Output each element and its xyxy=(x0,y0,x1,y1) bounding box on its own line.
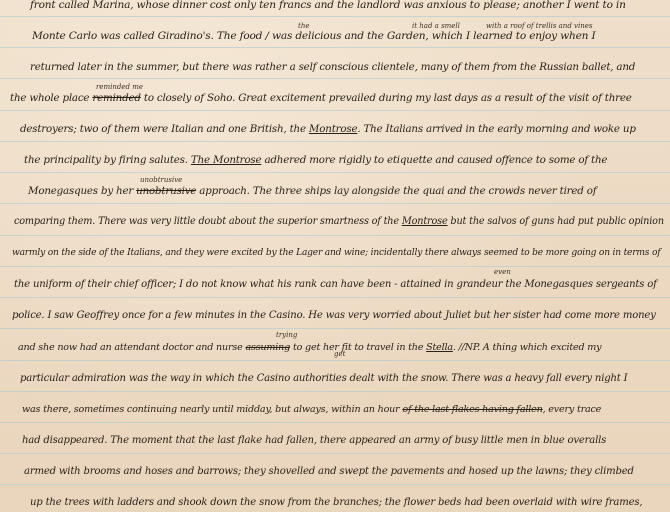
new-paragraph-mark: //NP. xyxy=(459,342,480,353)
manuscript-line: particular admiration was the way in whi… xyxy=(20,373,627,384)
ruling-line xyxy=(0,203,670,204)
manuscript-line: police. I saw Geoffrey once for a few mi… xyxy=(12,310,656,321)
line-text: destroyers; two of them were Italian and… xyxy=(20,123,306,135)
line-text: to closely of Soho. Great excitement pre… xyxy=(144,92,632,104)
ruling-line xyxy=(0,453,670,454)
interlinear-insertion: reminded me xyxy=(96,83,143,91)
ruling-line xyxy=(0,47,670,48)
manuscript-line: warmly on the side of the Italians, and … xyxy=(12,248,660,258)
line-text: . xyxy=(453,342,456,353)
line-text: comparing them. There was very little do… xyxy=(14,216,399,227)
manuscript-line: Monte Carlo was called Giradino's. The f… xyxy=(32,30,595,42)
manuscript-line: the whole place reminded to closely of S… xyxy=(10,92,632,104)
line-text: police. I saw Geoffrey once for a few mi… xyxy=(12,310,656,321)
interlinear-insertion: trying xyxy=(276,331,297,339)
ruling-line xyxy=(0,78,670,79)
ruling-line xyxy=(0,328,670,329)
manuscript-line: the uniform of their chief officer; I do… xyxy=(14,279,657,290)
ship-name-stella: Stella xyxy=(426,342,453,353)
line-text: , every trace xyxy=(543,404,602,415)
manuscript-line: destroyers; two of them were Italian and… xyxy=(20,123,636,135)
manuscript-line: returned later in the summer, but there … xyxy=(30,61,635,73)
manuscript-line: armed with brooms and hoses and barrows;… xyxy=(24,466,634,477)
line-text: the uniform of their chief officer; I do… xyxy=(14,279,657,290)
ruling-line xyxy=(0,391,670,392)
ruling-line xyxy=(0,110,670,111)
line-text: was there, sometimes continuing nearly u… xyxy=(22,404,400,415)
line-text: had disappeared. The moment that the las… xyxy=(22,435,606,446)
line-text: to get her fit to travel in the xyxy=(293,342,423,353)
struck-text: assuming xyxy=(245,342,290,353)
line-text: Monegasques by her xyxy=(28,185,133,197)
manuscript-line: and she now had an attendant doctor and … xyxy=(18,342,601,353)
ship-name-montrose: The Montrose xyxy=(191,154,261,166)
line-text: front called Marina, whose dinner cost o… xyxy=(30,0,626,11)
line-text: approach. The three ships lay alongside … xyxy=(199,185,596,197)
manuscript-page: front called Marina, whose dinner cost o… xyxy=(0,0,670,512)
interlinear-insertion: it had a smell xyxy=(412,22,460,30)
line-text: Monte Carlo was called Giradino's. The f… xyxy=(32,30,595,42)
interlinear-insertion: the xyxy=(298,22,309,30)
ruling-line xyxy=(0,484,670,485)
ruling-line xyxy=(0,16,670,17)
ruling-line xyxy=(0,235,670,236)
ruling-line xyxy=(0,297,670,298)
manuscript-line: up the trees with ladders and shook down… xyxy=(30,497,642,508)
struck-text: unobtrusive xyxy=(136,185,196,197)
interlinear-insertion: even xyxy=(494,268,511,276)
line-text: returned later in the summer, but there … xyxy=(30,61,635,73)
line-text: adhered more rigidly to etiquette and ca… xyxy=(264,154,607,166)
manuscript-line: the principality by firing salutes. The … xyxy=(24,154,607,166)
manuscript-line: comparing them. There was very little do… xyxy=(14,216,664,227)
ship-name-montrose: Montrose xyxy=(402,216,448,227)
struck-text: of the last flakes having fallen xyxy=(402,404,542,415)
interlinear-insertion: with a roof of trellis and vines xyxy=(486,22,592,30)
line-text: but the salvos of guns had put public op… xyxy=(450,216,663,227)
interlinear-insertion: unobtrusive xyxy=(140,176,182,184)
line-text: and she now had an attendant doctor and … xyxy=(18,342,243,353)
manuscript-line: front called Marina, whose dinner cost o… xyxy=(30,0,650,11)
ruling-line xyxy=(0,266,670,267)
line-text: A thing which excited my xyxy=(483,342,601,353)
line-text: the whole place xyxy=(10,92,89,104)
struck-text: reminded xyxy=(92,92,140,104)
line-text: armed with brooms and hoses and barrows;… xyxy=(24,466,634,477)
line-text: particular admiration was the way in whi… xyxy=(20,373,627,384)
manuscript-line: Monegasques by her unobtrusive approach.… xyxy=(28,185,596,197)
line-text: up the trees with ladders and shook down… xyxy=(30,497,642,508)
line-text: the principality by firing salutes. xyxy=(24,154,188,166)
ship-name-montrose: Montrose xyxy=(309,123,357,135)
line-text: warmly on the side of the Italians, and … xyxy=(12,248,660,258)
line-text: . The Italians arrived in the early morn… xyxy=(357,123,635,135)
ruling-line xyxy=(0,360,670,361)
manuscript-line: was there, sometimes continuing nearly u… xyxy=(22,404,601,415)
manuscript-line: had disappeared. The moment that the las… xyxy=(22,435,606,446)
ruling-line xyxy=(0,172,670,173)
ruling-line xyxy=(0,141,670,142)
ruling-line xyxy=(0,422,670,423)
